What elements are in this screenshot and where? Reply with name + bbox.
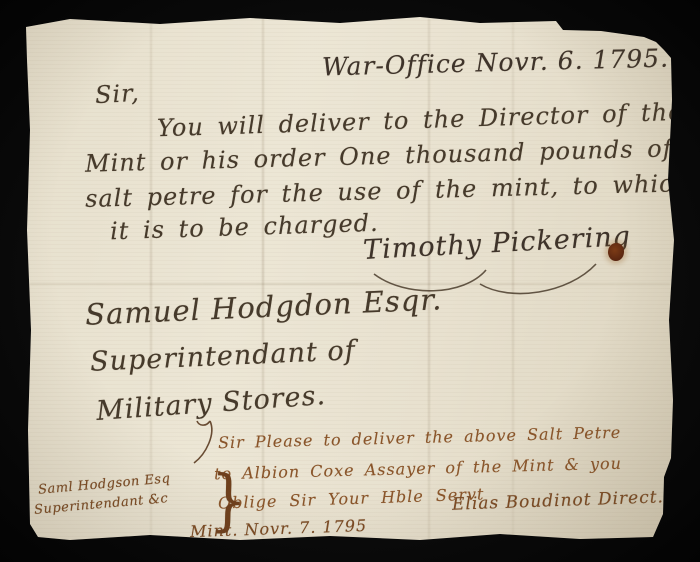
body-line: it is to be charged. — [110, 209, 379, 245]
endorsement-line: Oblige Sir Your Hble Servt — [218, 484, 485, 512]
wax-seal-spot — [608, 243, 624, 261]
letter-paper: War-Office Novr. 6. 1795. Sir, You will … — [0, 0, 700, 562]
paper-crease — [262, 18, 264, 540]
address-line: Samuel Hodgdon Esqr. — [84, 282, 442, 332]
endorsement-line: Sir Please to deliver the above Salt Pet… — [218, 423, 622, 453]
address-line: Superintendant of — [89, 335, 356, 378]
salutation: Sir, — [94, 79, 140, 109]
body-line: salt petre for the use of the mint, to w… — [85, 169, 691, 213]
endorsement-line: to Albion Coxe Assayer of the Mint & you — [214, 454, 622, 484]
paper-crease — [150, 18, 152, 540]
endorsement-opening-flourish — [190, 418, 218, 466]
dateline: War-Office Novr. 6. 1795. — [322, 43, 670, 81]
docket-brace: } — [209, 460, 249, 540]
photo-background: War-Office Novr. 6. 1795. Sir, You will … — [0, 0, 700, 562]
